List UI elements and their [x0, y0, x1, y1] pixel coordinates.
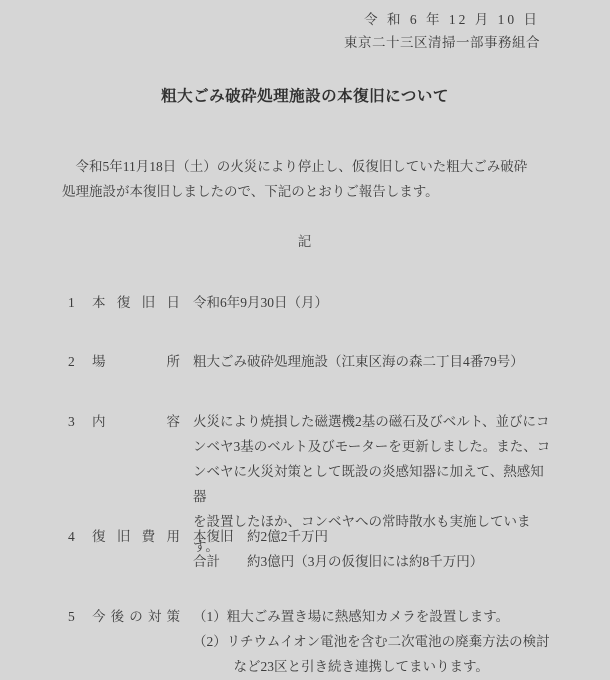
record-marker: 記: [0, 230, 610, 250]
item-number: 2: [68, 349, 92, 374]
document-date: 令 和 6 年 12 月 10 日: [344, 8, 540, 31]
intro-paragraph: 令和5年11月18日（土）の火災により停止し、仮復旧していた粗大ごみ破砕 処理施…: [62, 154, 554, 204]
item-content: 粗大ごみ破砕処理施設（江東区海の森二丁目4番79号）: [193, 349, 555, 374]
item-number: 3: [68, 409, 92, 434]
item-location: 2 場所 粗大ごみ破砕処理施設（江東区海の森二丁目4番79号）: [68, 349, 555, 374]
item-content: 本復旧 約2億2千万円 合計 約3億円（3月の仮復旧には約8千万円）: [193, 524, 555, 574]
item-label: 今後の対策: [92, 604, 180, 629]
item-restoration-cost: 4 復旧費用 本復旧 約2億2千万円 合計 約3億円（3月の仮復旧には約8千万円…: [68, 524, 555, 574]
item-number: 1: [68, 290, 92, 315]
item-restoration-date: 1 本復旧日 令和6年9月30日（月）: [68, 290, 555, 315]
item-label: 復旧費用: [92, 524, 180, 549]
issuing-organization: 東京二十三区清掃一部事務組合: [344, 31, 540, 54]
item-content: 令和6年9月30日（月）: [193, 290, 555, 315]
item-label: 本復旧日: [92, 290, 180, 315]
document-header: 令 和 6 年 12 月 10 日 東京二十三区清掃一部事務組合: [344, 8, 540, 54]
item-content: （1）粗大ごみ置き場に熱感知カメラを設置します。 （2）リチウムイオン電池を含む…: [193, 604, 555, 679]
document-page: 令 和 6 年 12 月 10 日 東京二十三区清掃一部事務組合 粗大ごみ破砕処…: [0, 0, 610, 680]
item-number: 5: [68, 604, 92, 629]
item-number: 4: [68, 524, 92, 549]
item-label: 場所: [92, 349, 180, 374]
item-future-measures: 5 今後の対策 （1）粗大ごみ置き場に熱感知カメラを設置します。 （2）リチウム…: [68, 604, 555, 679]
document-title: 粗大ごみ破砕処理施設の本復旧について: [0, 84, 610, 106]
item-label: 内容: [92, 409, 180, 434]
